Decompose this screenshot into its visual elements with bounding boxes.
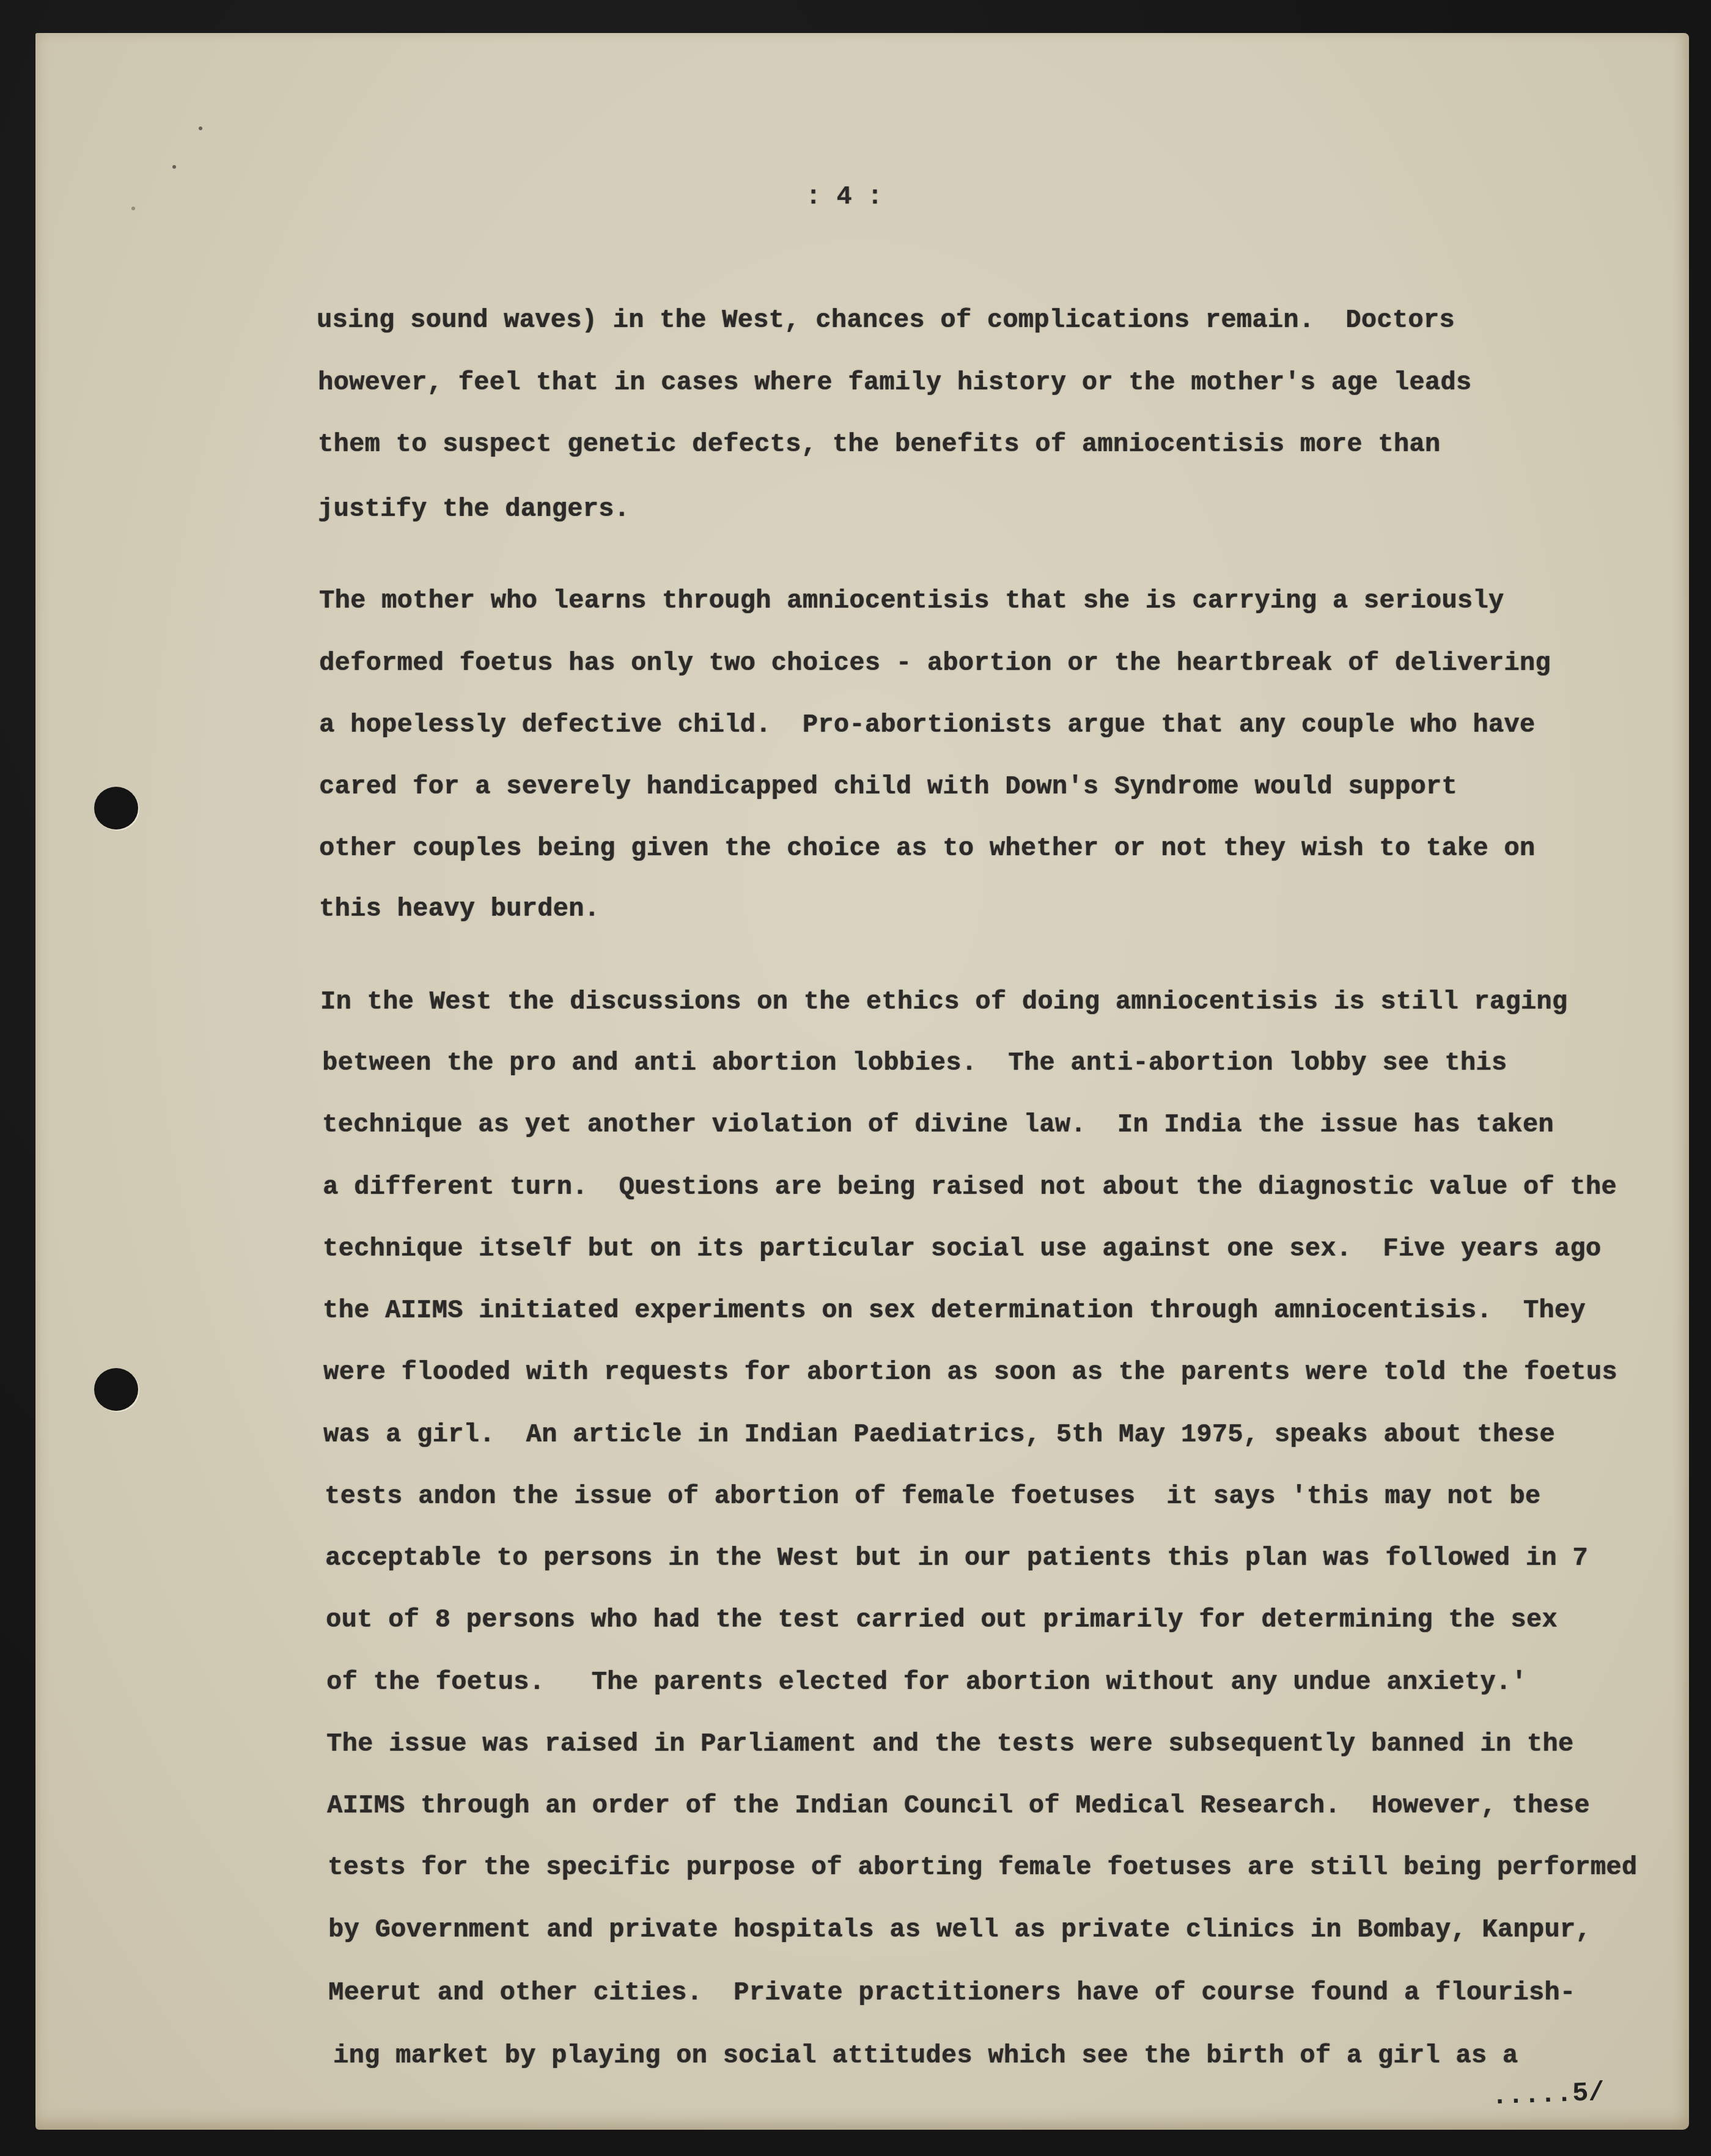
text-line: a hopelessly defective child. Pro-aborti… [319, 710, 1535, 740]
page-number: : 4 : [806, 182, 883, 212]
text-line: however, feel that in cases where family… [318, 367, 1471, 398]
text-line: tests andon the issue of abortion of fem… [325, 1481, 1540, 1512]
text-line: justify the dangers. [318, 494, 630, 524]
punch-hole-bottom [94, 1368, 138, 1411]
text-line: were flooded with requests for abortion … [323, 1357, 1617, 1388]
text-line: AIIMS through an order of the Indian Cou… [327, 1790, 1590, 1821]
text-line: deformed foetus has only two choices - a… [319, 648, 1551, 679]
text-line: ing market by playing on social attitude… [333, 2040, 1518, 2071]
text-line: this heavy burden. [319, 894, 600, 924]
text-line: using sound waves) in the West, chances … [317, 305, 1455, 336]
punch-hole-top [94, 787, 138, 830]
text-line: other couples being given the choice as … [319, 833, 1535, 864]
text-line: The issue was raised in Parliament and t… [326, 1729, 1573, 1759]
text-line: cared for a severely handicapped child w… [319, 771, 1457, 802]
text-line: Meerut and other cities. Private practit… [328, 1978, 1575, 2008]
paper-speck [131, 207, 135, 210]
text-line: tests for the specific purpose of aborti… [328, 1852, 1637, 1883]
text-line: of the foetus. The parents elected for a… [326, 1667, 1527, 1698]
text-line: technique itself but on its particular s… [323, 1234, 1601, 1264]
continuation-marker: .....5/ [1491, 2078, 1605, 2112]
text-line: was a girl. An article in Indian Paediat… [323, 1419, 1555, 1450]
text-line: between the pro and anti abortion lobbie… [322, 1048, 1507, 1078]
text-line: acceptable to persons in the West but in… [325, 1543, 1588, 1573]
paper-speck [199, 127, 202, 130]
text-line: technique as yet another violation of di… [322, 1109, 1554, 1140]
text-line: the AIIMS initiated experiments on sex d… [323, 1295, 1586, 1326]
text-line: a different turn. Questions are being ra… [323, 1172, 1617, 1202]
text-line: In the West the discussions on the ethic… [320, 987, 1567, 1017]
paper-speck [172, 165, 176, 169]
text-line: by Government and private hospitals as w… [328, 1915, 1591, 1945]
text-line: out of 8 persons who had the test carrie… [326, 1605, 1558, 1635]
text-line: them to suspect genetic defects, the ben… [318, 429, 1440, 460]
text-line: The mother who learns through amniocenti… [319, 586, 1504, 616]
